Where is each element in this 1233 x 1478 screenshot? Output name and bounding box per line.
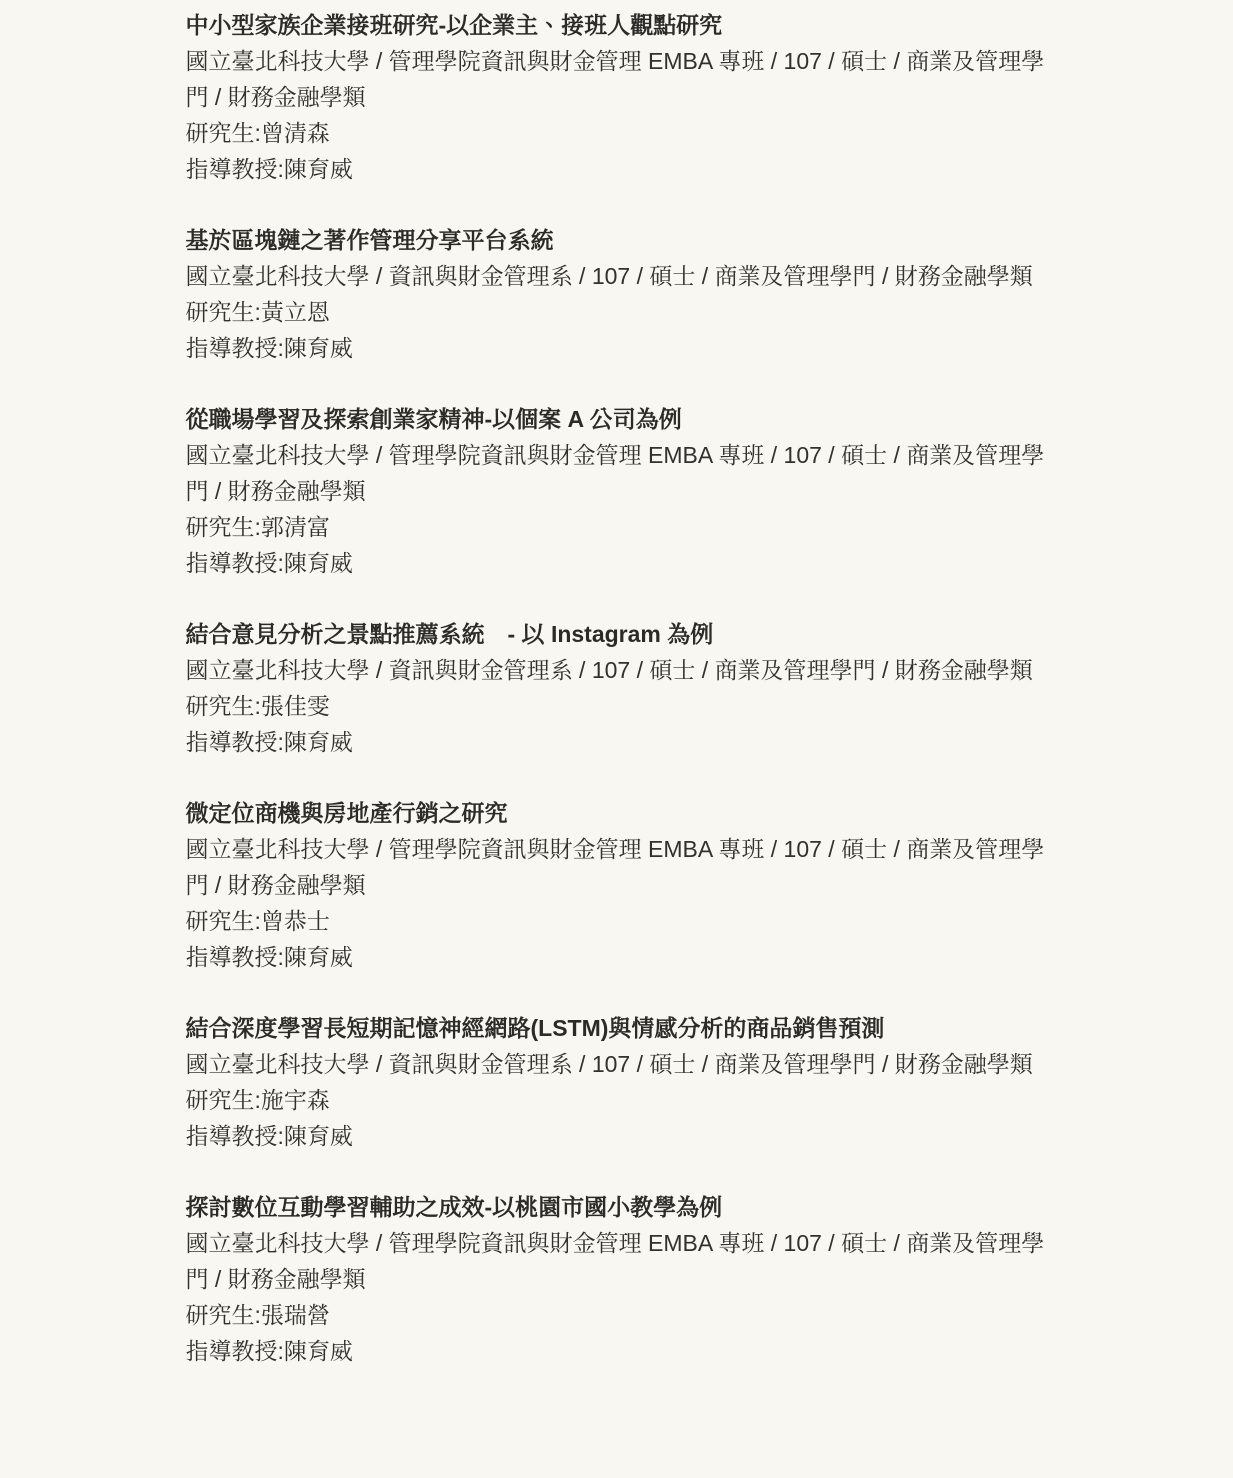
advisor-name: 陳育威 — [284, 335, 353, 361]
thesis-title[interactable]: 探討數位互動學習輔助之成效-以桃園市國小教學為例 — [186, 1189, 1048, 1225]
thesis-entry: 基於區塊鏈之著作管理分享平台系統 國立臺北科技大學 / 資訊與財金管理系 / 1… — [186, 222, 1048, 366]
thesis-entry: 探討數位互動學習輔助之成效-以桃園市國小教學為例 國立臺北科技大學 / 管理學院… — [186, 1189, 1048, 1369]
student-line: 研究生:郭清富 — [186, 509, 1048, 545]
advisor-name: 陳育威 — [284, 944, 353, 970]
student-name: 曾清森 — [261, 120, 330, 146]
thesis-affiliation: 國立臺北科技大學 / 資訊與財金管理系 / 107 / 碩士 / 商業及管理學門… — [186, 652, 1048, 688]
student-name: 張瑞營 — [261, 1302, 330, 1328]
thesis-affiliation: 國立臺北科技大學 / 管理學院資訊與財金管理 EMBA 專班 / 107 / 碩… — [186, 1225, 1048, 1297]
thesis-list: 中小型家族企業接班研究-以企業主、接班人觀點研究 國立臺北科技大學 / 管理學院… — [186, 0, 1048, 1369]
thesis-entry: 從職場學習及探索創業家精神-以個案 A 公司為例 國立臺北科技大學 / 管理學院… — [186, 401, 1048, 581]
student-label: 研究生: — [186, 693, 261, 719]
advisor-label: 指導教授: — [186, 156, 284, 182]
thesis-affiliation: 國立臺北科技大學 / 資訊與財金管理系 / 107 / 碩士 / 商業及管理學門… — [186, 1046, 1048, 1082]
student-name: 黃立恩 — [261, 299, 330, 325]
student-name: 曾恭士 — [261, 908, 330, 934]
thesis-title[interactable]: 微定位商機與房地產行銷之研究 — [186, 795, 1048, 831]
student-label: 研究生: — [186, 120, 261, 146]
student-label: 研究生: — [186, 1087, 261, 1113]
student-line: 研究生:黃立恩 — [186, 294, 1048, 330]
student-line: 研究生:張瑞營 — [186, 1297, 1048, 1333]
advisor-label: 指導教授: — [186, 335, 284, 361]
advisor-name: 陳育威 — [284, 1123, 353, 1149]
advisor-label: 指導教授: — [186, 944, 284, 970]
student-name: 張佳雯 — [261, 693, 330, 719]
student-line: 研究生:施宇森 — [186, 1082, 1048, 1118]
advisor-line: 指導教授:陳育威 — [186, 724, 1048, 760]
advisor-name: 陳育威 — [284, 729, 353, 755]
thesis-title[interactable]: 中小型家族企業接班研究-以企業主、接班人觀點研究 — [186, 7, 1048, 43]
thesis-affiliation: 國立臺北科技大學 / 管理學院資訊與財金管理 EMBA 專班 / 107 / 碩… — [186, 43, 1048, 115]
advisor-line: 指導教授:陳育威 — [186, 1118, 1048, 1154]
thesis-entry: 結合意見分析之景點推薦系統 - 以 Instagram 為例 國立臺北科技大學 … — [186, 616, 1048, 760]
advisor-line: 指導教授:陳育威 — [186, 939, 1048, 975]
thesis-title[interactable]: 結合意見分析之景點推薦系統 - 以 Instagram 為例 — [186, 616, 1048, 652]
advisor-line: 指導教授:陳育威 — [186, 1333, 1048, 1369]
thesis-title[interactable]: 從職場學習及探索創業家精神-以個案 A 公司為例 — [186, 401, 1048, 437]
thesis-affiliation: 國立臺北科技大學 / 管理學院資訊與財金管理 EMBA 專班 / 107 / 碩… — [186, 437, 1048, 509]
advisor-label: 指導教授: — [186, 1123, 284, 1149]
advisor-line: 指導教授:陳育威 — [186, 151, 1048, 187]
advisor-line: 指導教授:陳育威 — [186, 330, 1048, 366]
student-line: 研究生:張佳雯 — [186, 688, 1048, 724]
student-label: 研究生: — [186, 299, 261, 325]
thesis-results-page: { "page": { "background_color": "#f9f7f1… — [0, 0, 1233, 1478]
student-name: 郭清富 — [261, 514, 330, 540]
thesis-title[interactable]: 基於區塊鏈之著作管理分享平台系統 — [186, 222, 1048, 258]
advisor-label: 指導教授: — [186, 1338, 284, 1364]
thesis-entry: 中小型家族企業接班研究-以企業主、接班人觀點研究 國立臺北科技大學 / 管理學院… — [186, 7, 1048, 187]
thesis-affiliation: 國立臺北科技大學 / 資訊與財金管理系 / 107 / 碩士 / 商業及管理學門… — [186, 258, 1048, 294]
advisor-line: 指導教授:陳育威 — [186, 545, 1048, 581]
advisor-name: 陳育威 — [284, 156, 353, 182]
thesis-entry: 結合深度學習長短期記憶神經網路(LSTM)與情感分析的商品銷售預測 國立臺北科技… — [186, 1010, 1048, 1154]
student-label: 研究生: — [186, 908, 261, 934]
student-label: 研究生: — [186, 1302, 261, 1328]
student-line: 研究生:曾恭士 — [186, 903, 1048, 939]
advisor-name: 陳育威 — [284, 550, 353, 576]
thesis-title[interactable]: 結合深度學習長短期記憶神經網路(LSTM)與情感分析的商品銷售預測 — [186, 1010, 1048, 1046]
student-line: 研究生:曾清森 — [186, 115, 1048, 151]
advisor-label: 指導教授: — [186, 729, 284, 755]
advisor-label: 指導教授: — [186, 550, 284, 576]
student-label: 研究生: — [186, 514, 261, 540]
thesis-affiliation: 國立臺北科技大學 / 管理學院資訊與財金管理 EMBA 專班 / 107 / 碩… — [186, 831, 1048, 903]
thesis-entry: 微定位商機與房地產行銷之研究 國立臺北科技大學 / 管理學院資訊與財金管理 EM… — [186, 795, 1048, 975]
advisor-name: 陳育威 — [284, 1338, 353, 1364]
student-name: 施宇森 — [261, 1087, 330, 1113]
